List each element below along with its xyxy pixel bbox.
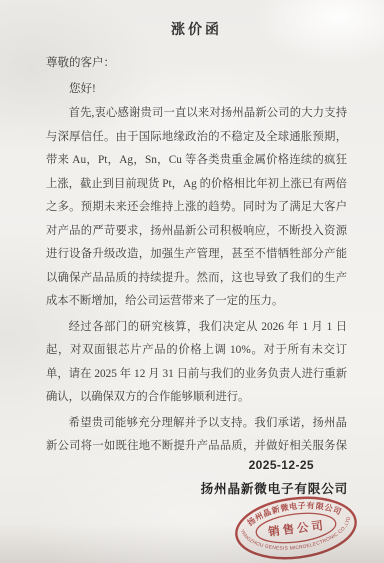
letter-date: 2025-12-25 bbox=[249, 458, 314, 472]
price-increase-letter-photo: 涨价函 尊敬的客户： 您好! 首先,衷心感谢贵司一直以来对扬州晶新公司的大力支持… bbox=[0, 0, 384, 563]
company-seal-stamp: 扬州晶新微电子有限公司 销售公司 YANGZHOU GENESIS MICROE… bbox=[230, 489, 363, 563]
greeting: 您好! bbox=[46, 76, 347, 102]
letter-body: 涨价函 尊敬的客户： 您好! 首先,衷心感谢贵司一直以来对扬州晶新公司的大力支持… bbox=[46, 19, 347, 459]
salutation: 尊敬的客户： bbox=[46, 51, 347, 76]
paragraph-metal-price-rise: 首先,衷心感谢贵司一直以来对扬州晶新公司的大力支持与深厚信任。由于国际地缘政治的… bbox=[46, 102, 347, 314]
paragraph-closing-commitment: 希望贵司能够充分理解并予以支持。我们承诺，扬州晶新公司将一如既往地不断提升产品品… bbox=[46, 412, 347, 460]
paragraph-price-adjustment: 经过各部门的研究核算，我们决定从 2026 年 1 月 1 日起，对双面银芯片产… bbox=[46, 316, 347, 410]
letter-title: 涨价函 bbox=[46, 19, 347, 39]
